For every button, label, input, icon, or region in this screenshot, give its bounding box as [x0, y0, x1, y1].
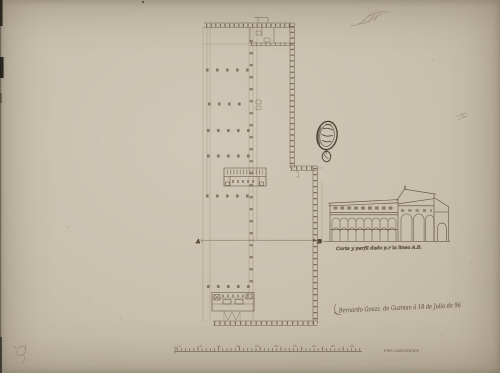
- svg-text:50: 50: [350, 344, 354, 348]
- staircase-detail: [224, 168, 266, 186]
- svg-text:5: 5: [179, 344, 181, 348]
- scale-label: Pies castellanos: [383, 349, 420, 354]
- svg-text:10: 10: [198, 344, 202, 348]
- svg-text:30: 30: [274, 344, 278, 348]
- signature: Bernardo Gonzz. de Guzman á 18 de Julio …: [334, 301, 461, 315]
- wall-hook-detail: [296, 171, 300, 178]
- top-rooms: [250, 18, 294, 46]
- svg-text:40: 40: [312, 344, 316, 348]
- section-marker-b: B: [317, 239, 322, 245]
- entrance-detail: [212, 293, 254, 322]
- pencil-flourish: [351, 12, 390, 26]
- section-marker-a: A: [196, 239, 201, 245]
- signature-text: Bernardo Gonzz. de Guzman á 18 de Julio …: [338, 301, 461, 314]
- scanned-drawing: A B Corte y perfil dado p.r la linea A.B…: [0, 0, 500, 373]
- lean-to: [434, 198, 449, 242]
- svg-text:35: 35: [293, 344, 297, 348]
- plan-walls: [204, 23, 318, 326]
- scale-bar: 5 10 15 20 25 30 35 40 45 50 Pies castel…: [175, 344, 420, 359]
- column-rows: [206, 70, 252, 287]
- tall-arches: [401, 214, 434, 241]
- section-line: A B: [196, 239, 322, 246]
- scan-edge-artifacts: [0, 0, 4, 373]
- scale-numbers: 5 10 15 20 25 30 35 40 45 50: [179, 344, 354, 348]
- svg-text:25: 25: [255, 344, 259, 348]
- ink-stamp: [315, 120, 339, 162]
- paper-sheet: A B Corte y perfil dado p.r la linea A.B…: [0, 0, 500, 373]
- illegible-note: [386, 359, 409, 360]
- pencil-corner-doodle: [14, 344, 27, 363]
- elevation-drawing: Corte y perfil dado p.r la linea A.B.: [324, 186, 451, 252]
- svg-text:45: 45: [331, 344, 335, 348]
- svg-text:15: 15: [217, 344, 221, 348]
- upper-arcade: [332, 218, 396, 229]
- elevation-right-block: [397, 186, 437, 241]
- svg-text:20: 20: [236, 344, 240, 348]
- floor-plan: [203, 18, 323, 326]
- pencil-edge-mark: [456, 113, 468, 120]
- paper-specks: [67, 1, 480, 336]
- lower-arcade: [332, 228, 396, 241]
- elevation-caption: Corte y perfil dado p.r la linea A.B.: [336, 245, 422, 252]
